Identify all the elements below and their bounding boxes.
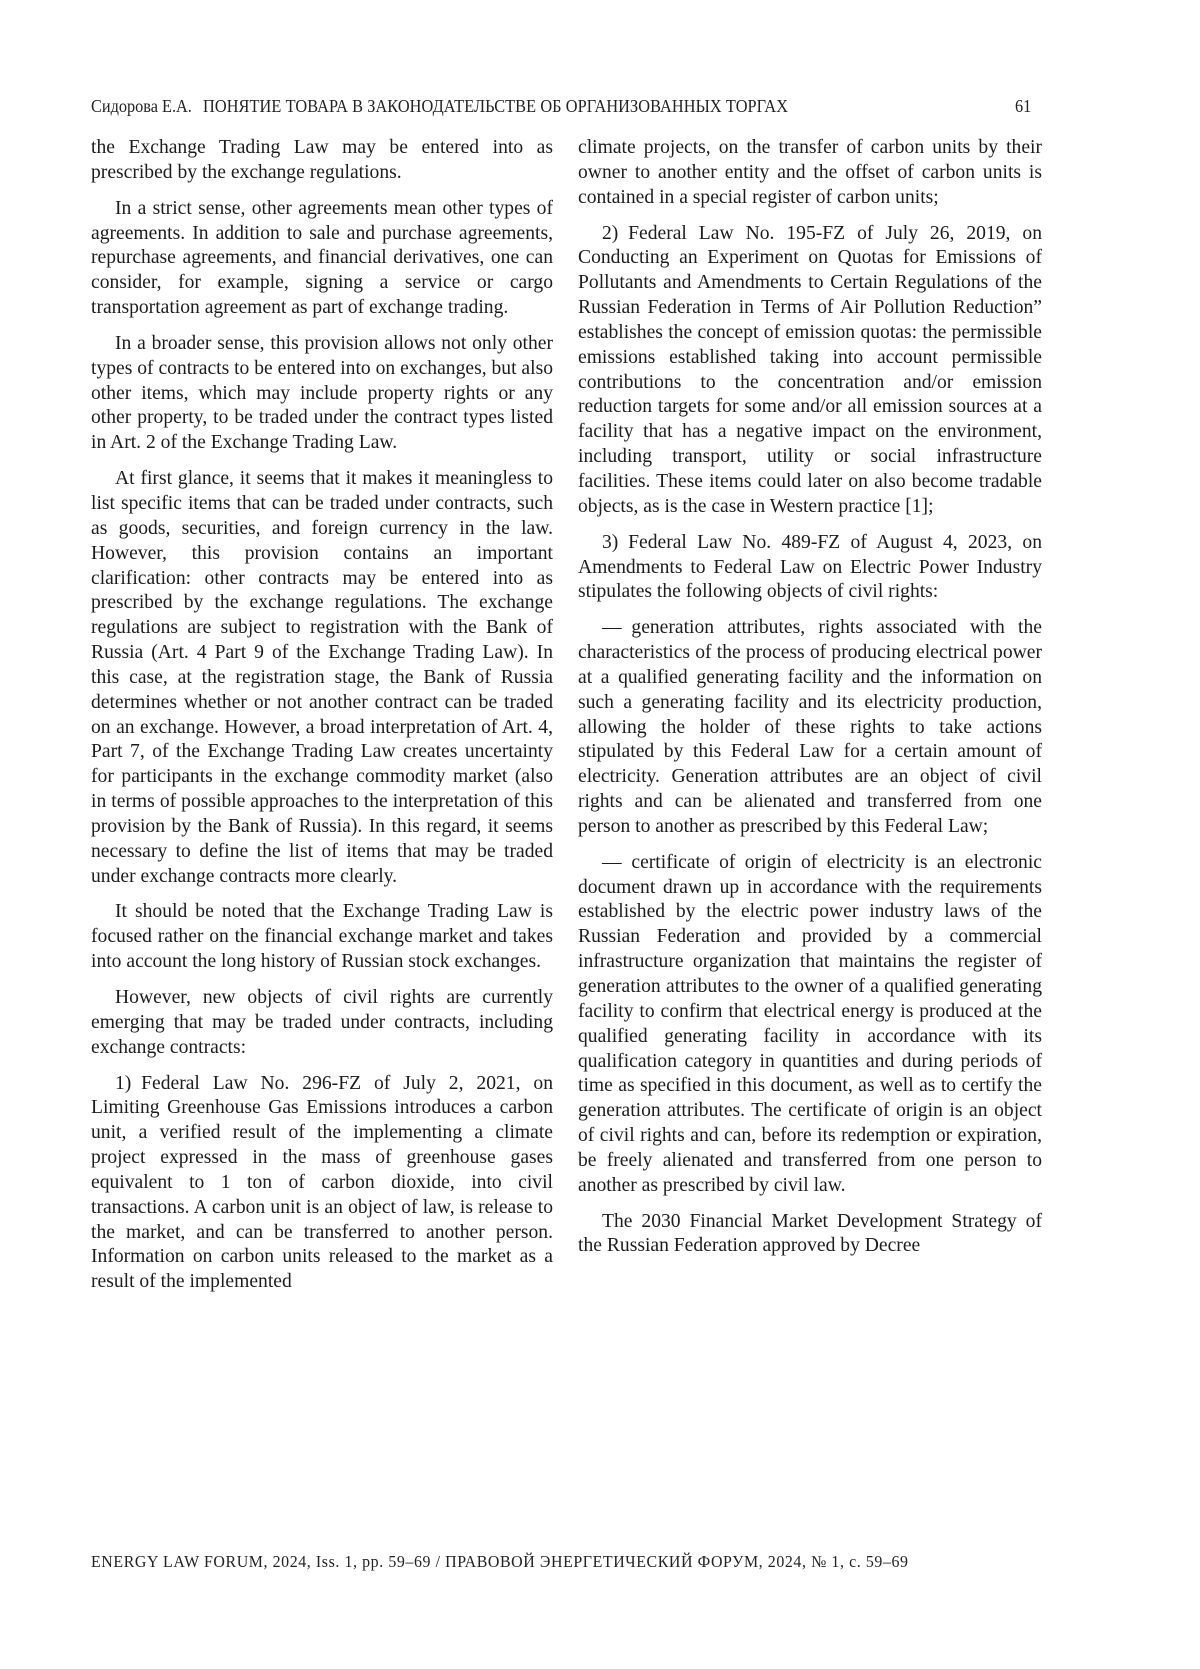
running-header: Сидорова Е.А. ПОНЯТИЕ ТОВАРА В ЗАКОНОДАТ… — [91, 96, 975, 117]
paragraph: It should be noted that the Exchange Tra… — [91, 900, 553, 975]
paragraph: In a broader sense, this provision allow… — [91, 332, 553, 456]
journal-citation-footer: ENERGY LAW FORUM, 2024, Iss. 1, pp. 59–6… — [91, 1552, 1009, 1572]
dash-item: — certificate of origin of electricity i… — [578, 851, 1042, 1199]
left-column: the Exchange Trading Law may be entered … — [91, 136, 553, 1306]
paragraph: the Exchange Trading Law may be entered … — [91, 136, 553, 186]
page-number: 61 — [1015, 96, 1031, 117]
list-item: 3) Federal Law No. 489-FZ of August 4, 2… — [578, 531, 1042, 606]
list-item: 2) Federal Law No. 195-FZ of July 26, 20… — [578, 222, 1042, 520]
paragraph: In a strict sense, other agreements mean… — [91, 197, 553, 321]
header-author: Сидорова Е.А. — [91, 96, 192, 117]
list-item: 1) Federal Law No. 296-FZ of July 2, 202… — [91, 1072, 553, 1296]
dash-item: — generation attributes, rights associat… — [578, 616, 1042, 840]
right-column: climate projects, on the transfer of car… — [578, 136, 1042, 1270]
paragraph: climate projects, on the transfer of car… — [578, 136, 1042, 211]
header-article-title: ПОНЯТИЕ ТОВАРА В ЗАКОНОДАТЕЛЬСТВЕ ОБ ОРГ… — [203, 96, 788, 117]
paragraph: However, new objects of civil rights are… — [91, 986, 553, 1061]
paragraph: The 2030 Financial Market Development St… — [578, 1210, 1042, 1260]
journal-page: Сидорова Е.А. ПОНЯТИЕ ТОВАРА В ЗАКОНОДАТ… — [0, 0, 1200, 1669]
paragraph: At first glance, it seems that it makes … — [91, 467, 553, 889]
